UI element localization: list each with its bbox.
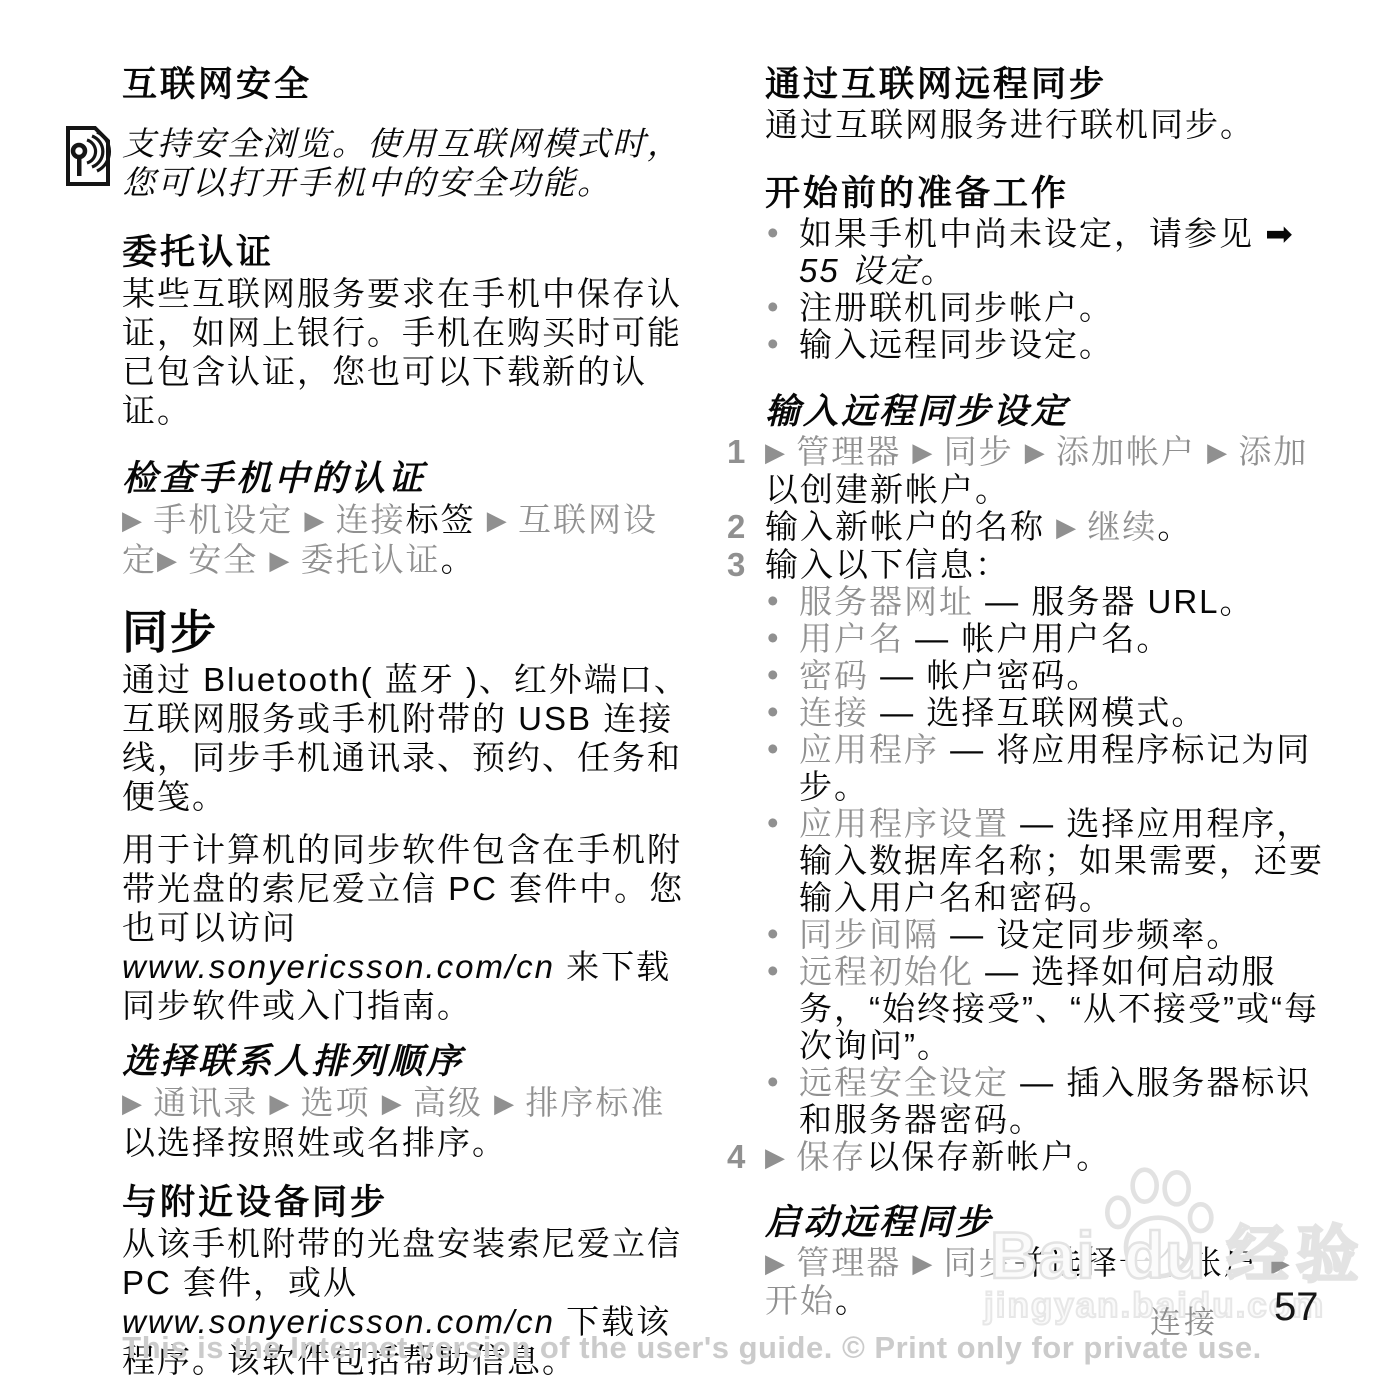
step-item: 2 输入新帐户的名称 ▶ 继续。	[765, 508, 1331, 546]
menu-path-check-certificates: ▶ 手机设定 ▶ 连接标签 ▶ 互联网设定▶ 安全 ▶ 委托认证。	[122, 500, 690, 580]
text-segment: 以选择按照姓或名排序。	[122, 1124, 507, 1161]
text-segment: 安全	[188, 541, 269, 578]
para-trusted-certificates: 某些互联网服务要求在手机中保存认证，如网上银行。手机在购买时可能已包含认证，您也…	[122, 274, 690, 430]
list-item: • 如果手机中尚未设定，请参见 ➡ 55 设定。	[765, 215, 1331, 289]
list-item: • 注册联机同步帐户。	[765, 289, 1331, 326]
heading-synchronization: 同步	[122, 604, 690, 660]
copyright-notice: This is the Internet version of the user…	[0, 1330, 1384, 1366]
text-segment: ▶	[765, 1248, 796, 1278]
text-segment: ▶	[1056, 512, 1087, 542]
text-segment: ▶	[765, 437, 796, 467]
text-segment: 用户名	[799, 620, 904, 657]
text-segment: ➡	[1265, 215, 1295, 252]
heading-contact-order: 选择联系人排列顺序	[122, 1041, 690, 1083]
text-segment: 高级	[413, 1084, 494, 1121]
list-item-text: 密码 — 帐户密码。	[799, 657, 1101, 694]
text-segment: 连接	[799, 694, 869, 731]
page-number: 57	[1274, 1285, 1319, 1330]
text-segment: 添加	[1238, 433, 1308, 470]
text-segment: 管理器	[796, 1244, 912, 1281]
text-segment: 保存	[796, 1138, 866, 1175]
text-segment: 同步间隔	[799, 916, 939, 953]
text-segment: ▶	[304, 505, 335, 535]
text-segment: 密码	[799, 657, 869, 694]
text-segment: 选项	[301, 1084, 382, 1121]
text-segment: 55 设定	[799, 252, 921, 289]
para-sync-software: 用于计算机的同步软件包含在手机附带光盘的索尼爱立信 PC 套件中。您也可以访问 …	[122, 830, 690, 1025]
bullet-icon: •	[767, 693, 781, 730]
text-segment: 委托认证	[301, 541, 441, 578]
list-item-text: 同步间隔 — 设定同步频率。	[799, 916, 1241, 953]
text-segment: —	[904, 620, 961, 657]
text-segment: —	[939, 731, 996, 768]
text-segment: 继续	[1087, 508, 1157, 545]
heading-remote-sync: 通过互联网远程同步	[765, 64, 1331, 106]
bullet-icon: •	[767, 619, 781, 656]
settings-list: •服务器网址 — 服务器 URL。 •用户名 — 帐户用户名。 •密码 — 帐户…	[765, 583, 1331, 1138]
heading-sync-nearby: 与附近设备同步	[122, 1182, 690, 1224]
bullet-icon: •	[767, 730, 781, 767]
bullet-icon: •	[767, 214, 781, 251]
list-item-text: 输入远程同步设定。	[799, 326, 1114, 363]
bullet-icon: •	[767, 915, 781, 952]
text-segment: —	[974, 583, 1031, 620]
text-segment: 同步	[944, 433, 1025, 470]
list-item: •应用程序设置 — 选择应用程序，输入数据库名称；如果需要，还要输入用户名和密码…	[765, 805, 1331, 916]
list-item: •用户名 — 帐户用户名。	[765, 620, 1331, 657]
list-item-text: 用户名 — 帐户用户名。	[799, 620, 1171, 657]
list-item-text: 应用程序设置 — 选择应用程序，输入数据库名称；如果需要，还要输入用户名和密码。	[799, 805, 1324, 916]
text-segment: 用于计算机的同步软件包含在手机附带光盘的索尼爱立信 PC 套件中。您也可以访问	[122, 831, 684, 946]
text-segment: 注册联机同步帐户。	[799, 289, 1114, 326]
text-segment: 连接	[336, 501, 406, 538]
text-segment: ▶	[122, 505, 153, 535]
step-text: 输入以下信息：	[765, 546, 1331, 583]
text-segment: ▶	[487, 505, 518, 535]
text-segment: 以创建新帐户。	[765, 471, 1010, 508]
heading-check-certificates: 检查手机中的认证	[122, 458, 690, 500]
certificate-icon	[64, 126, 112, 186]
list-item-text: 远程安全设定 — 插入服务器标识和服务器密码。	[799, 1064, 1311, 1138]
left-column: 互联网安全 支持安全浏览。使用互联网模式时，您可以打开手机中的安全功能。 委托认…	[122, 64, 690, 1380]
text-segment: 以保存新帐户。	[866, 1138, 1111, 1175]
step-number: 3	[727, 546, 747, 583]
manual-page: 互联网安全 支持安全浏览。使用互联网模式时，您可以打开手机中的安全功能。 委托认…	[0, 0, 1384, 1384]
step-number: 2	[727, 508, 747, 545]
secure-browsing-note-text: 支持安全浏览。使用互联网模式时，您可以打开手机中的安全功能。	[122, 124, 690, 202]
list-item-text: 远程初始化 — 选择如何启动服务，“始终接受”、“从不接受”或“每次询问”。	[799, 953, 1319, 1064]
bullet-icon: •	[767, 582, 781, 619]
text-segment: 某些互联网服务要求在手机中保存认证，如网上银行。手机在购买时可能已包含认证，您也…	[122, 275, 682, 429]
watermark-mid: du	[1124, 1222, 1207, 1288]
heading-trusted-certificates: 委托认证	[122, 232, 690, 274]
list-item: •服务器网址 — 服务器 URL。	[765, 583, 1331, 620]
watermark-brand-left: Bai	[990, 1222, 1096, 1288]
text-segment: 远程初始化	[799, 953, 974, 990]
text-segment: ▶	[1025, 437, 1056, 467]
text-segment: ▶	[382, 1088, 413, 1118]
text-segment: 如果手机中尚未设定，请参见	[799, 215, 1265, 252]
text-segment: 手机设定	[153, 501, 304, 538]
text-segment: 支持安全浏览。使用互联网模式时，您可以打开手机中的安全功能。	[122, 125, 682, 201]
bullet-icon: •	[767, 288, 781, 325]
text-segment: ▶	[269, 545, 300, 575]
text-segment: ▶	[157, 545, 188, 575]
text-segment: —	[974, 953, 1031, 990]
text-segment: 。	[1157, 508, 1192, 545]
text-segment: 服务器 URL。	[1031, 583, 1254, 620]
text-segment: 开始	[765, 1282, 835, 1319]
bullet-icon: •	[767, 325, 781, 362]
list-item: • 输入远程同步设定。	[765, 326, 1331, 363]
list-item: •密码 — 帐户密码。	[765, 657, 1331, 694]
text-segment: 应用程序设置	[799, 805, 1009, 842]
text-segment: ▶	[765, 1142, 796, 1172]
watermark-brand-cn: 经验	[1226, 1224, 1366, 1288]
text-segment: —	[939, 916, 996, 953]
text-segment: 。	[835, 1282, 870, 1319]
para-remote-sync: 通过互联网服务进行联机同步。	[765, 106, 1331, 143]
bullet-icon: •	[767, 656, 781, 693]
text-segment: www.sonyericsson.com/cn	[122, 948, 555, 985]
baidu-watermark: Bai du 经验	[990, 1222, 1366, 1288]
text-segment: ▶	[912, 437, 943, 467]
text-segment: 输入以下信息：	[765, 546, 1010, 583]
text-segment: 选择互联网模式。	[926, 694, 1206, 731]
text-segment: 从该手机附带的光盘安装索尼爱立信 PC 套件，或从	[122, 1225, 682, 1301]
text-segment: 排序标准	[525, 1084, 665, 1121]
heading-internet-security: 互联网安全	[122, 64, 690, 106]
text-segment: —	[869, 694, 926, 731]
text-segment: 应用程序	[799, 731, 939, 768]
text-segment: ▶	[912, 1248, 943, 1278]
text-segment: 。	[921, 252, 956, 289]
text-segment: 远程安全设定	[799, 1064, 1009, 1101]
para-sync-overview: 通过 Bluetooth( 蓝牙 )、红外端口、互联网服务或手机附带的 USB …	[122, 660, 690, 816]
step-item: 3 输入以下信息： •服务器网址 — 服务器 URL。 •用户名 — 帐户用户名…	[765, 546, 1331, 1138]
step-item: 1 ▶ 管理器 ▶ 同步 ▶ 添加帐户 ▶ 添加以创建新帐户。	[765, 433, 1331, 508]
text-segment: 通过互联网服务进行联机同步。	[765, 106, 1255, 143]
list-item-text: 应用程序 — 将应用程序标记为同步。	[799, 731, 1311, 805]
list-item-text: 连接 — 选择互联网模式。	[799, 694, 1206, 731]
step-number: 4	[727, 1138, 747, 1175]
heading-before-start: 开始前的准备工作	[765, 173, 1331, 215]
text-segment: 服务器网址	[799, 583, 974, 620]
step-text: ▶ 管理器 ▶ 同步 ▶ 添加帐户 ▶ 添加以创建新帐户。	[765, 433, 1331, 508]
bullet-icon: •	[767, 952, 781, 989]
bullet-icon: •	[767, 1063, 781, 1100]
right-column: 通过互联网远程同步 通过互联网服务进行联机同步。 开始前的准备工作 • 如果手机…	[721, 64, 1331, 1319]
text-segment: —	[869, 657, 926, 694]
text-segment: —	[1009, 805, 1066, 842]
watermark-brand-right: du	[1124, 1218, 1207, 1292]
list-item-text: 注册联机同步帐户。	[799, 289, 1114, 326]
text-segment: 帐户用户名。	[961, 620, 1171, 657]
text-segment: 输入远程同步设定。	[799, 326, 1114, 363]
list-item: •应用程序 — 将应用程序标记为同步。	[765, 731, 1331, 805]
list-item: •连接 — 选择互联网模式。	[765, 694, 1331, 731]
list-item: •同步间隔 — 设定同步频率。	[765, 916, 1331, 953]
text-segment: 通讯录	[153, 1084, 269, 1121]
list-item-text: 如果手机中尚未设定，请参见 ➡ 55 设定。	[799, 215, 1295, 289]
text-segment: 标签	[406, 501, 487, 538]
text-segment: 。	[441, 541, 476, 578]
text-segment: 输入新帐户的名称	[765, 508, 1056, 545]
menu-path-contact-order: ▶ 通讯录 ▶ 选项 ▶ 高级 ▶ 排序标准以选择按照姓或名排序。	[122, 1083, 690, 1162]
bullet-icon: •	[767, 804, 781, 841]
step-number: 1	[727, 433, 747, 470]
text-segment: 通过 Bluetooth( 蓝牙 )、红外端口、互联网服务或手机附带的 USB …	[122, 661, 689, 815]
step-item: 4 ▶ 保存以保存新帐户。	[765, 1138, 1331, 1176]
text-segment: 添加帐户	[1056, 433, 1207, 470]
list-item-text: 服务器网址 — 服务器 URL。	[799, 583, 1255, 620]
text-segment: —	[1009, 1064, 1066, 1101]
text-segment: 设定同步频率。	[996, 916, 1241, 953]
text-segment: ▶	[494, 1088, 525, 1118]
heading-enter-settings: 输入远程同步设定	[765, 391, 1331, 433]
text-segment: ▶	[269, 1088, 300, 1118]
secure-browsing-note: 支持安全浏览。使用互联网模式时，您可以打开手机中的安全功能。	[122, 124, 690, 202]
list-item: •远程安全设定 — 插入服务器标识和服务器密码。	[765, 1064, 1331, 1138]
step-text: ▶ 保存以保存新帐户。	[765, 1138, 1331, 1176]
list-item: •远程初始化 — 选择如何启动服务，“始终接受”、“从不接受”或“每次询问”。	[765, 953, 1331, 1064]
step-text: 输入新帐户的名称 ▶ 继续。	[765, 508, 1331, 546]
text-segment: ▶	[122, 1088, 153, 1118]
text-segment: 帐户密码。	[926, 657, 1101, 694]
text-segment: 管理器	[796, 433, 912, 470]
text-segment: ▶	[1207, 437, 1238, 467]
